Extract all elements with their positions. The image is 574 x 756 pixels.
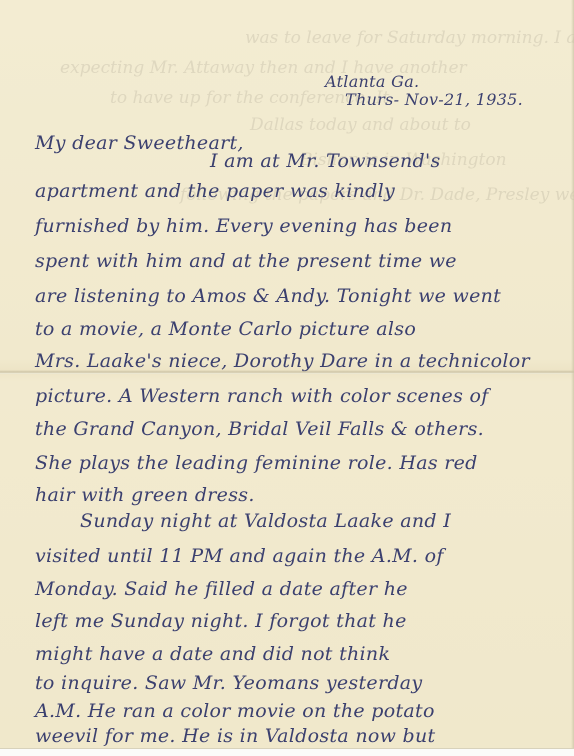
letter-line: furnished by him. Every evening has been [35, 215, 452, 237]
letter-line: left me Sunday night. I forgot that he [35, 610, 407, 632]
letter-line: Monday. Said he filled a date after he [35, 578, 408, 600]
letter-line: Mrs. Laake's niece, Dorothy Dare in a te… [35, 350, 530, 372]
letter-line: I am at Mr. Townsend's [210, 150, 441, 172]
letter-line: might have a date and did not think [35, 643, 390, 665]
scan-bottom-border [0, 748, 574, 756]
letter-line: to a movie, a Monte Carlo picture also [35, 318, 416, 340]
letter-place: Atlanta Ga. [325, 72, 419, 91]
letter-line: the Grand Canyon, Bridal Veil Falls & ot… [35, 418, 484, 440]
letter-line: picture. A Western ranch with color scen… [35, 385, 489, 407]
paper-fold-crease [0, 370, 574, 374]
letter-line: hair with green dress. [35, 484, 255, 506]
letter-line: She plays the leading feminine role. Has… [35, 452, 478, 474]
letter-line: apartment and the paper was kindly [35, 180, 395, 202]
letter-line: Sunday night at Valdosta Laake and I [80, 510, 451, 532]
letter-line: are listening to Amos & Andy. Tonight we… [35, 285, 501, 307]
letter-date: Thurs- Nov-21, 1935. [345, 90, 523, 109]
letter-line: A.M. He ran a color movie on the potato [35, 700, 435, 722]
bleed-through-line: Dallas today and about to [250, 115, 471, 135]
bleed-through-line: was to leave for Saturday morning. I am [245, 28, 574, 48]
letter-line: to inquire. Saw Mr. Yeomans yesterday [35, 672, 422, 694]
letter-line: weevil for me. He is in Valdosta now but [35, 725, 435, 747]
letter-line: spent with him and at the present time w… [35, 250, 457, 272]
letter-line: visited until 11 PM and again the A.M. o… [35, 545, 444, 567]
letter-page: was to leave for Saturday morning. I am … [0, 0, 574, 748]
